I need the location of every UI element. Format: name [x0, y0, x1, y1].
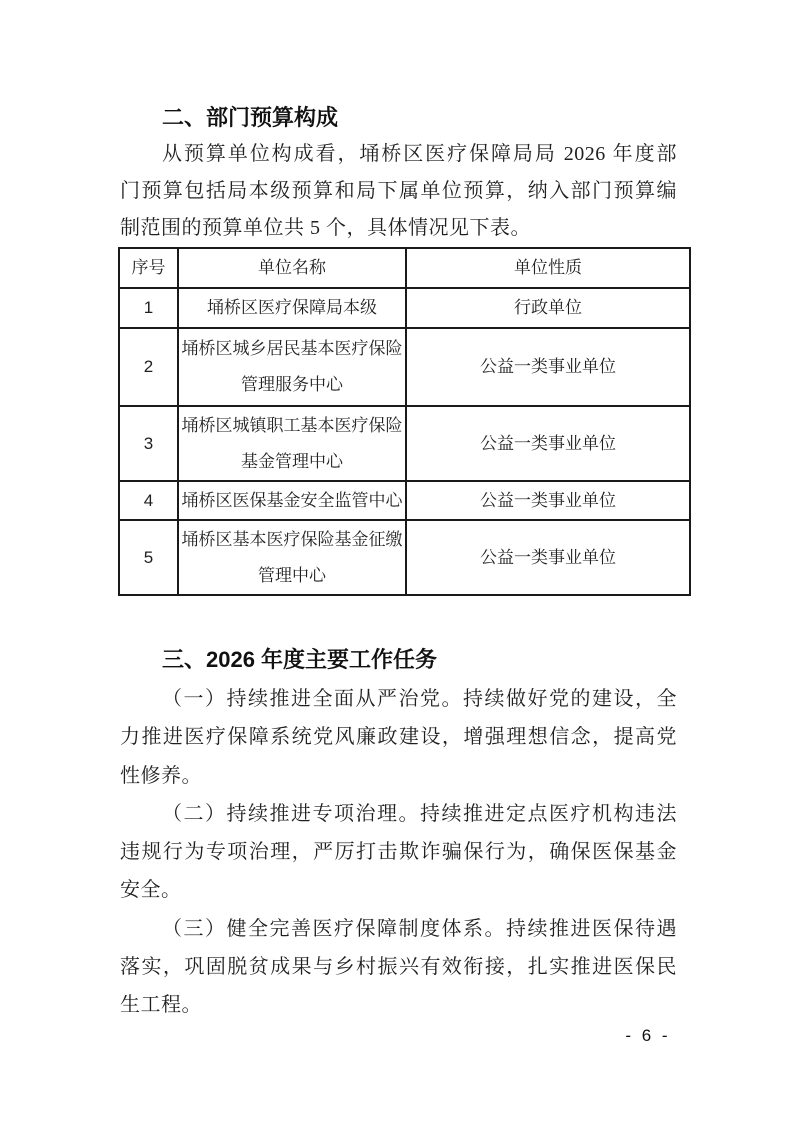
table-header-row: 序号 单位名称 单位性质: [119, 248, 690, 288]
page-number: - 6 -: [608, 1026, 688, 1046]
col-header-unit-name: 单位名称: [178, 248, 406, 288]
cell-unit-nature: 公益一类事业单位: [406, 406, 690, 481]
section-2-paragraph: 从预算单位构成看，埇桥区医疗保障局局 2026 年度部 门预算包括局本级预算和局…: [120, 136, 677, 247]
body-line: 生工程。: [120, 986, 677, 1024]
body-line: （一）持续推进全面从严治党。持续做好党的建设，全: [120, 680, 677, 718]
cell-unit-name: 埇桥区医疗保障局本级: [178, 288, 406, 328]
col-header-unit-nature: 单位性质: [406, 248, 690, 288]
table-row: 4 埇桥区医保基金安全监管中心 公益一类事业单位: [119, 481, 690, 520]
cell-serial: 1: [119, 288, 178, 328]
body-line: 违规行为专项治理，严厉打击欺诈骗保行为，确保医保基金: [120, 833, 677, 871]
cell-unit-nature: 公益一类事业单位: [406, 481, 690, 520]
body-line: （二）持续推进专项治理。持续推进定点医疗机构违法: [120, 795, 677, 833]
cell-unit-name: 埇桥区医保基金安全监管中心: [178, 481, 406, 520]
document-content: 二、部门预算构成 从预算单位构成看，埇桥区医疗保障局局 2026 年度部 门预算…: [120, 100, 677, 1025]
body-line: （三）健全完善医疗保障制度体系。持续推进医保待遇: [120, 910, 677, 948]
cell-serial: 4: [119, 481, 178, 520]
body-line: 性修养。: [120, 757, 677, 795]
cell-unit-name: 埇桥区城乡居民基本医疗保险 管理服务中心: [178, 328, 406, 406]
work-task-paragraph: （一）持续推进全面从严治党。持续做好党的建设，全 力推进医疗保障系统党风廉政建设…: [120, 680, 677, 795]
work-task-paragraph: （三）健全完善医疗保障制度体系。持续推进医保待遇 落实，巩固脱贫成果与乡村振兴有…: [120, 910, 677, 1025]
body-line: 落实，巩固脱贫成果与乡村振兴有效衔接，扎实推进医保民: [120, 948, 677, 986]
cell-unit-name: 埇桥区基本医疗保险基金征缴 管理中心: [178, 520, 406, 595]
document-page: 二、部门预算构成 从预算单位构成看，埇桥区医疗保障局局 2026 年度部 门预算…: [0, 0, 793, 1122]
cell-unit-nature: 公益一类事业单位: [406, 520, 690, 595]
body-line: 制范围的预算单位共 5 个，具体情况见下表。: [120, 210, 677, 247]
cell-serial: 3: [119, 406, 178, 481]
cell-unit-name: 埇桥区城镇职工基本医疗保险 基金管理中心: [178, 406, 406, 481]
body-line: 安全。: [120, 871, 677, 909]
body-line: 力推进医疗保障系统党风廉政建设，增强理想信念，提高党: [120, 718, 677, 756]
cell-serial: 2: [119, 328, 178, 406]
section-3-heading: 三、2026 年度主要工作任务: [120, 640, 677, 680]
table-row: 3 埇桥区城镇职工基本医疗保险 基金管理中心 公益一类事业单位: [119, 406, 690, 481]
section-2-heading: 二、部门预算构成: [120, 100, 677, 136]
work-task-paragraph: （二）持续推进专项治理。持续推进定点医疗机构违法 违规行为专项治理，严厉打击欺诈…: [120, 795, 677, 910]
table-row: 5 埇桥区基本医疗保险基金征缴 管理中心 公益一类事业单位: [119, 520, 690, 595]
col-header-serial: 序号: [119, 248, 178, 288]
cell-serial: 5: [119, 520, 178, 595]
body-line: 门预算包括局本级预算和局下属单位预算，纳入部门预算编: [120, 173, 677, 210]
cell-unit-nature: 公益一类事业单位: [406, 328, 690, 406]
budget-units-table: 序号 单位名称 单位性质 1 埇桥区医疗保障局本级 行政单位 2 埇桥区城乡居民…: [118, 247, 691, 596]
table-row: 1 埇桥区医疗保障局本级 行政单位: [119, 288, 690, 328]
table-row: 2 埇桥区城乡居民基本医疗保险 管理服务中心 公益一类事业单位: [119, 328, 690, 406]
body-line: 从预算单位构成看，埇桥区医疗保障局局 2026 年度部: [120, 136, 677, 173]
cell-unit-nature: 行政单位: [406, 288, 690, 328]
